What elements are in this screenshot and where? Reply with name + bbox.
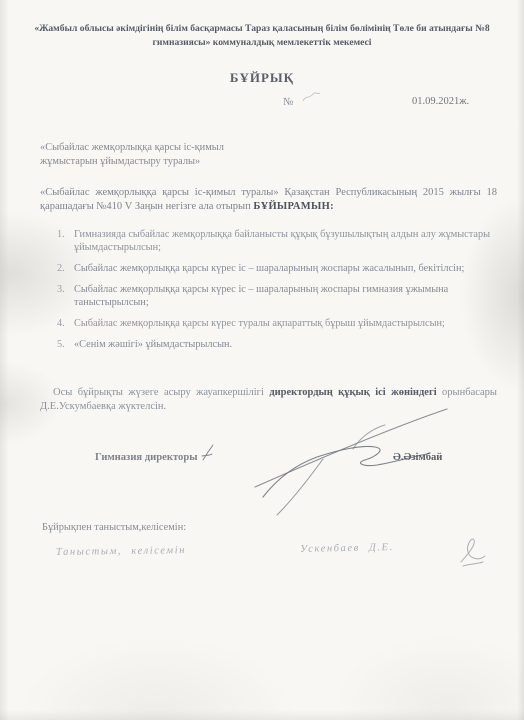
item-text: Сыбайлас жемқорлыққа қарсы күрес іс – ша…: [74, 262, 500, 275]
signature-tick: [201, 444, 215, 462]
subject-block: «Сыбайлас жемқорлыққа қарсы іс-қимыл жұм…: [40, 141, 224, 168]
item-number: 1.: [57, 228, 74, 254]
order-items-list: 1. Гимназияда сыбайлас жемқорлыққа байла…: [57, 228, 500, 359]
order-title: БҰЙРЫҚ: [0, 70, 524, 86]
org-header: «Жамбыл облысы әкімдігінің білім басқарм…: [34, 22, 490, 50]
order-date: 01.09.2021ж.: [412, 96, 469, 107]
item-number: 3.: [57, 283, 74, 309]
order-item: 2. Сыбайлас жемқорлыққа қарсы күрес іс –…: [57, 262, 500, 275]
director-role-label: Гимназия директоры: [95, 452, 197, 463]
responsibility-bold: директордың құқық ісі жөніндегі: [269, 387, 436, 398]
item-number: 5.: [57, 338, 74, 351]
item-text: «Сенім жәшігі» ұйымдастырылсын.: [74, 338, 500, 351]
order-item: 5. «Сенім жәшігі» ұйымдастырылсын.: [57, 338, 500, 351]
preamble-decree-word: БҰЙЫРАМЫН:: [253, 201, 334, 212]
order-number-label: №: [283, 96, 293, 108]
item-text: Гимназияда сыбайлас жемқорлыққа байланыс…: [74, 228, 500, 254]
order-item: 4. Сыбайлас жемқорлыққа қарсы күрес тура…: [57, 317, 500, 330]
item-number: 2.: [57, 262, 74, 275]
director-name: Ә.Әзімбай: [393, 452, 442, 463]
subject-line-1: «Сыбайлас жемқорлыққа қарсы іс-қимыл: [40, 141, 224, 155]
item-text: Сыбайлас жемқорлыққа қарсы күрес іс – ша…: [74, 283, 500, 309]
order-item: 3. Сыбайлас жемқорлыққа қарсы күрес іс –…: [57, 283, 500, 309]
subject-line-2: жұмыстарын ұйымдастыру туралы»: [40, 155, 224, 169]
item-number: 4.: [57, 317, 74, 330]
item-text: Сыбайлас жемқорлыққа қарсы күрес туралы …: [74, 317, 500, 330]
responsibility-text: Осы бұйрықты жүзеге асыру жауапкершілігі: [53, 387, 269, 398]
order-item: 1. Гимназияда сыбайлас жемқорлыққа байла…: [57, 228, 500, 254]
acknowledgement-label: Бұйрықпен таныстым,келісемін:: [42, 522, 186, 533]
order-number-handwriting: [301, 90, 323, 104]
signer-flourish: [455, 536, 489, 570]
scanned-order-document: «Жамбыл облысы әкімдігінің білім басқарм…: [0, 0, 524, 720]
preamble-paragraph: «Сыбайлас жемқорлыққа қарсы іс-қимыл тур…: [40, 186, 497, 213]
handwritten-signer-name: Ускенбаев Д.Е.: [300, 542, 394, 555]
handwritten-acknowledgement: Таныстым, келісемін: [56, 545, 186, 558]
